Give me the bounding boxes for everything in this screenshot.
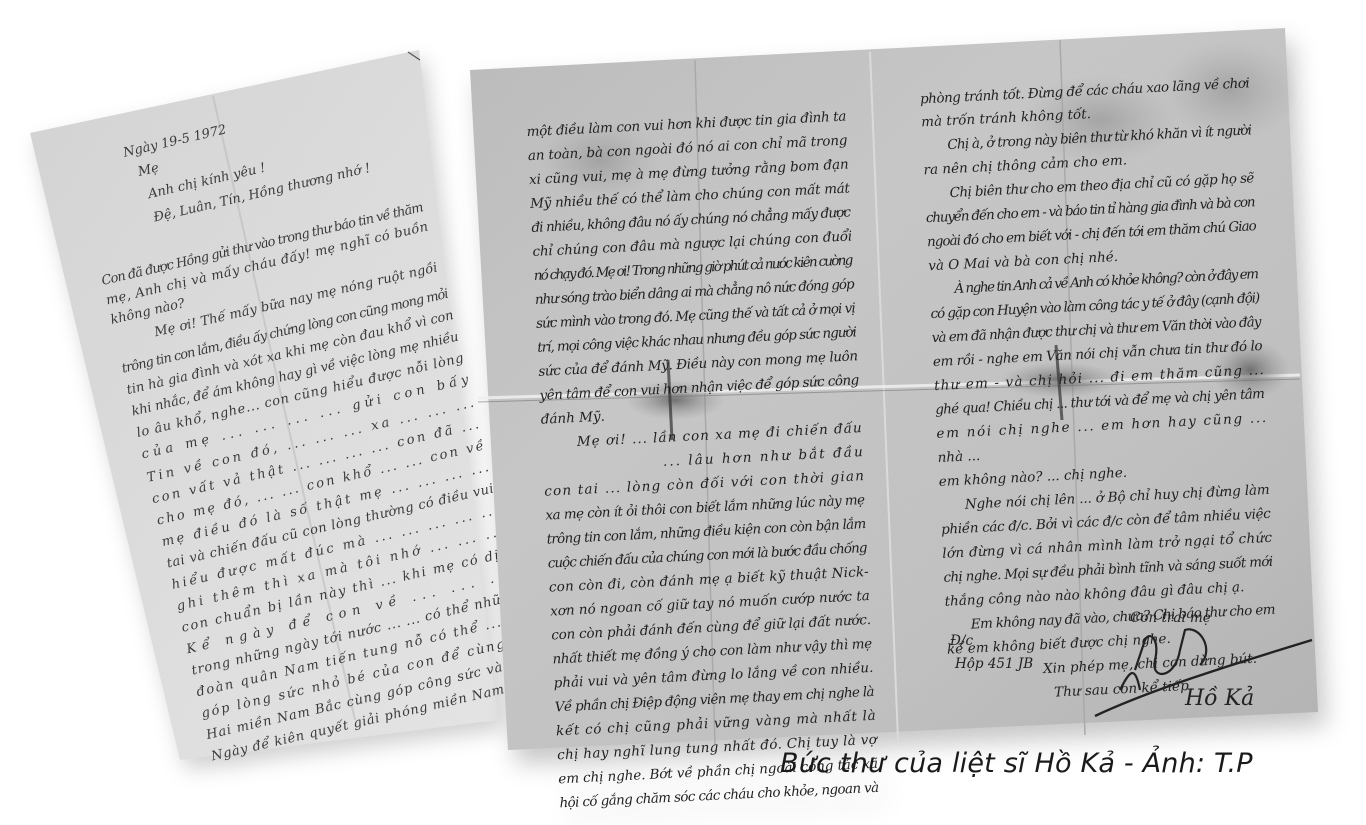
letter-line: nhà ... <box>937 448 980 466</box>
address-value: Hộp 451 JB <box>954 656 1033 672</box>
letter-closing: Con trai mẹ <box>1130 610 1211 626</box>
signature-name: Hồ Kả <box>1184 685 1254 711</box>
photo-caption: Bức thư của liệt sĩ Hồ Kả - Ảnh: T.P <box>780 748 1253 779</box>
address-label: Đ/c <box>949 633 973 649</box>
letter-line: đánh Mỹ. <box>540 409 605 428</box>
letter-page-right: một điều làm con vui hơn khi được tin gi… <box>0 0 1366 825</box>
photo-stage: Ngày 19-5 1972 Mẹ Anh chị kính yêu ! Đệ,… <box>0 0 1366 825</box>
